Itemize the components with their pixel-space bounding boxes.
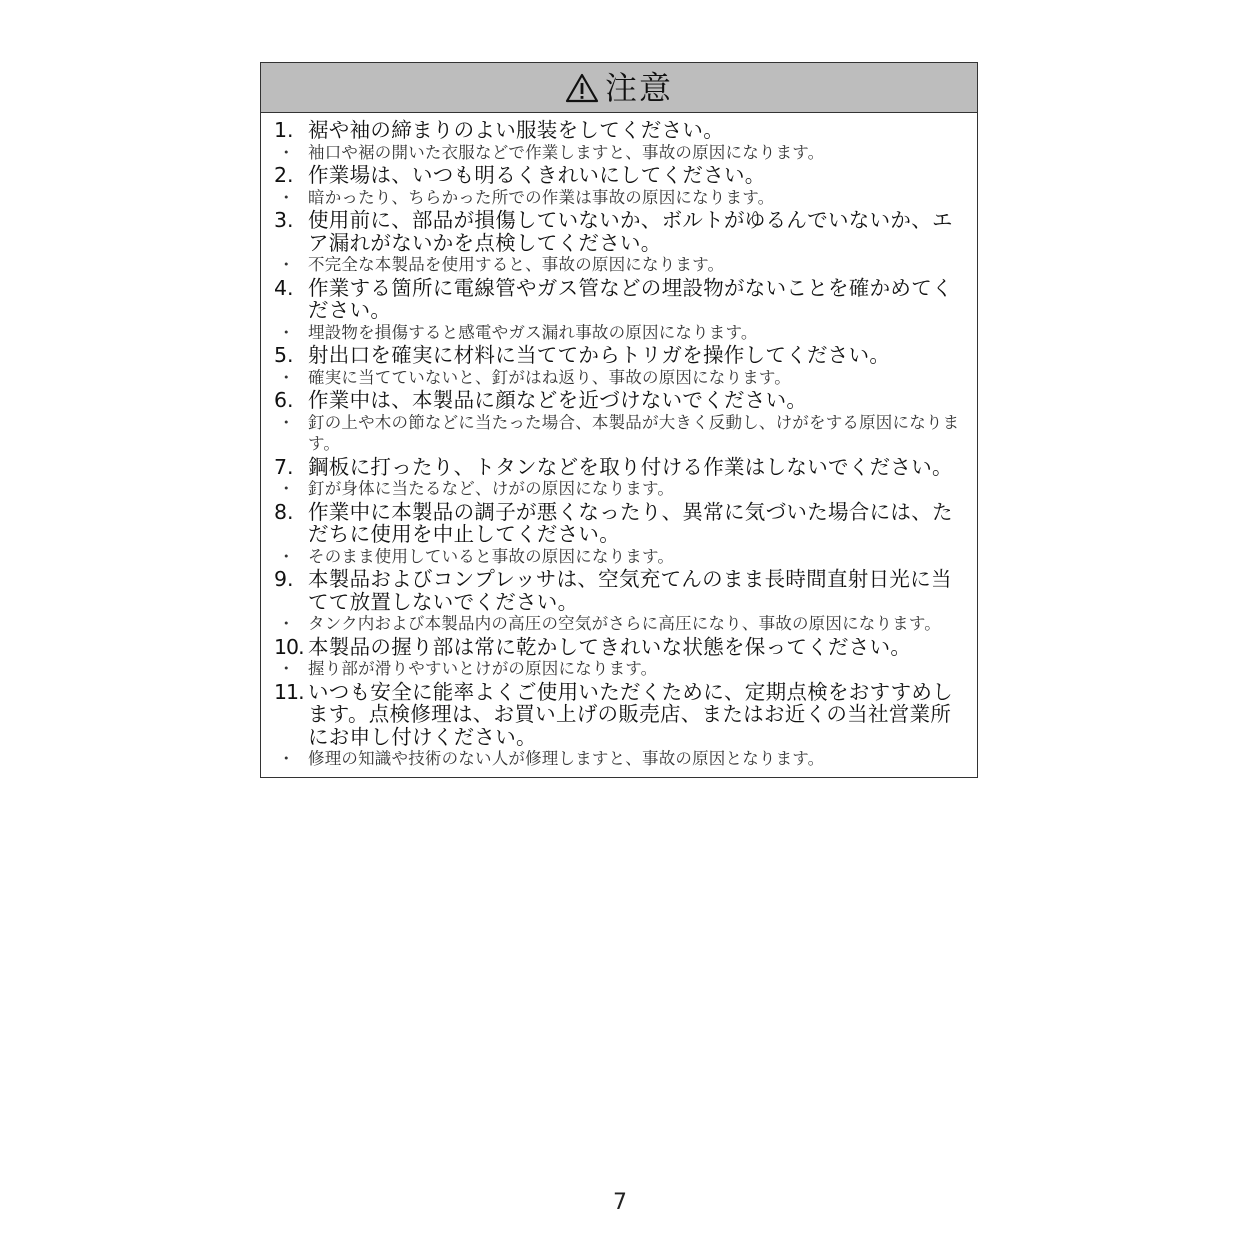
warning-triangle-icon (565, 73, 599, 103)
item-text: 作業する箇所に電線管やガス管などの埋設物がないことを確かめてください。 (308, 277, 967, 322)
caution-item: 1. 裾や袖の締まりのよい服装をしてください。 (274, 119, 967, 142)
note-text: 修理の知識や技術のない人が修理しますと、事故の原因となります。 (308, 748, 967, 770)
item-number: 7. (274, 456, 308, 479)
item-note: ・ 不完全な本製品を使用すると、事故の原因になります。 (274, 254, 967, 276)
note-text: 暗かったり、ちらかった所での作業は事故の原因になります。 (308, 187, 967, 209)
item-text: 使用前に、部品が損傷していないか、ボルトがゆるんでいないか、エア漏れがないかを点… (308, 209, 967, 254)
note-text: 釘が身体に当たるなど、けがの原因になります。 (308, 478, 967, 500)
bullet: ・ (274, 367, 308, 389)
caution-title: 注意 (605, 72, 673, 104)
item-number: 6. (274, 389, 308, 412)
item-number: 9. (274, 568, 308, 613)
item-text: 本製品の握り部は常に乾かしてきれいな状態を保ってください。 (308, 636, 967, 659)
caution-item: 4. 作業する箇所に電線管やガス管などの埋設物がないことを確かめてください。 (274, 277, 967, 322)
item-number: 2. (274, 164, 308, 187)
bullet: ・ (274, 187, 308, 209)
item-text: 本製品およびコンプレッサは、空気充てんのまま長時間直射日光に当てて放置しないでく… (308, 568, 967, 613)
bullet: ・ (274, 254, 308, 276)
note-text: そのまま使用していると事故の原因になります。 (308, 546, 967, 568)
item-note: ・ 埋設物を損傷すると感電やガス漏れ事故の原因になります。 (274, 322, 967, 344)
caution-list: 1. 裾や袖の締まりのよい服装をしてください。 ・ 袖口や裾の開いた衣服などで作… (261, 113, 977, 777)
bullet: ・ (274, 613, 308, 635)
note-text: 確実に当てていないと、釘がはね返り、事故の原因になります。 (308, 367, 967, 389)
item-text: 射出口を確実に材料に当ててからトリガを操作してください。 (308, 344, 967, 367)
item-note: ・ タンク内および本製品内の高圧の空気がさらに高圧になり、事故の原因になります。 (274, 613, 967, 635)
note-text: 釘の上や木の節などに当たった場合、本製品が大きく反動し、けがをする原因になります… (308, 412, 967, 455)
item-note: ・ 釘が身体に当たるなど、けがの原因になります。 (274, 478, 967, 500)
item-note: ・ 袖口や裾の開いた衣服などで作業しますと、事故の原因になります。 (274, 142, 967, 164)
note-text: 袖口や裾の開いた衣服などで作業しますと、事故の原因になります。 (308, 142, 967, 164)
item-note: ・ 修理の知識や技術のない人が修理しますと、事故の原因となります。 (274, 748, 967, 770)
bullet: ・ (274, 546, 308, 568)
caution-item: 9. 本製品およびコンプレッサは、空気充てんのまま長時間直射日光に当てて放置しな… (274, 568, 967, 613)
caution-item: 8. 作業中に本製品の調子が悪くなったり、異常に気づいた場合には、ただちに使用を… (274, 501, 967, 546)
page-number: 7 (0, 1190, 1240, 1215)
item-note: ・ 釘の上や木の節などに当たった場合、本製品が大きく反動し、けがをする原因になり… (274, 412, 967, 455)
bullet: ・ (274, 412, 308, 455)
item-number: 1. (274, 119, 308, 142)
item-number: 5. (274, 344, 308, 367)
item-note: ・ 握り部が滑りやすいとけがの原因になります。 (274, 658, 967, 680)
caution-item: 7. 鋼板に打ったり、トタンなどを取り付ける作業はしないでください。 (274, 456, 967, 479)
note-text: 握り部が滑りやすいとけがの原因になります。 (308, 658, 967, 680)
caution-box: 注意 1. 裾や袖の締まりのよい服装をしてください。 ・ 袖口や裾の開いた衣服な… (260, 62, 978, 778)
caution-item: 6. 作業中は、本製品に顔などを近づけないでください。 (274, 389, 967, 412)
bullet: ・ (274, 748, 308, 770)
item-number: 8. (274, 501, 308, 546)
item-number: 10. (274, 636, 308, 659)
item-number: 11. (274, 681, 308, 749)
note-text: 埋設物を損傷すると感電やガス漏れ事故の原因になります。 (308, 322, 967, 344)
item-text: 鋼板に打ったり、トタンなどを取り付ける作業はしないでください。 (308, 456, 967, 479)
caution-item: 10. 本製品の握り部は常に乾かしてきれいな状態を保ってください。 (274, 636, 967, 659)
item-number: 4. (274, 277, 308, 322)
item-note: ・ そのまま使用していると事故の原因になります。 (274, 546, 967, 568)
item-text: 裾や袖の締まりのよい服装をしてください。 (308, 119, 967, 142)
item-note: ・ 暗かったり、ちらかった所での作業は事故の原因になります。 (274, 187, 967, 209)
note-text: 不完全な本製品を使用すると、事故の原因になります。 (308, 254, 967, 276)
item-note: ・ 確実に当てていないと、釘がはね返り、事故の原因になります。 (274, 367, 967, 389)
caution-item: 5. 射出口を確実に材料に当ててからトリガを操作してください。 (274, 344, 967, 367)
note-text: タンク内および本製品内の高圧の空気がさらに高圧になり、事故の原因になります。 (308, 613, 967, 635)
item-text: 作業場は、いつも明るくきれいにしてください。 (308, 164, 967, 187)
bullet: ・ (274, 142, 308, 164)
bullet: ・ (274, 322, 308, 344)
item-text: 作業中は、本製品に顔などを近づけないでください。 (308, 389, 967, 412)
caution-item: 2. 作業場は、いつも明るくきれいにしてください。 (274, 164, 967, 187)
item-number: 3. (274, 209, 308, 254)
caution-item: 11. いつも安全に能率よくご使用いただくために、定期点検をおすすめします。点検… (274, 681, 967, 749)
caution-item: 3. 使用前に、部品が損傷していないか、ボルトがゆるんでいないか、エア漏れがない… (274, 209, 967, 254)
item-text: 作業中に本製品の調子が悪くなったり、異常に気づいた場合には、ただちに使用を中止し… (308, 501, 967, 546)
item-text: いつも安全に能率よくご使用いただくために、定期点検をおすすめします。点検修理は、… (308, 681, 967, 749)
bullet: ・ (274, 478, 308, 500)
caution-header: 注意 (261, 63, 977, 113)
bullet: ・ (274, 658, 308, 680)
